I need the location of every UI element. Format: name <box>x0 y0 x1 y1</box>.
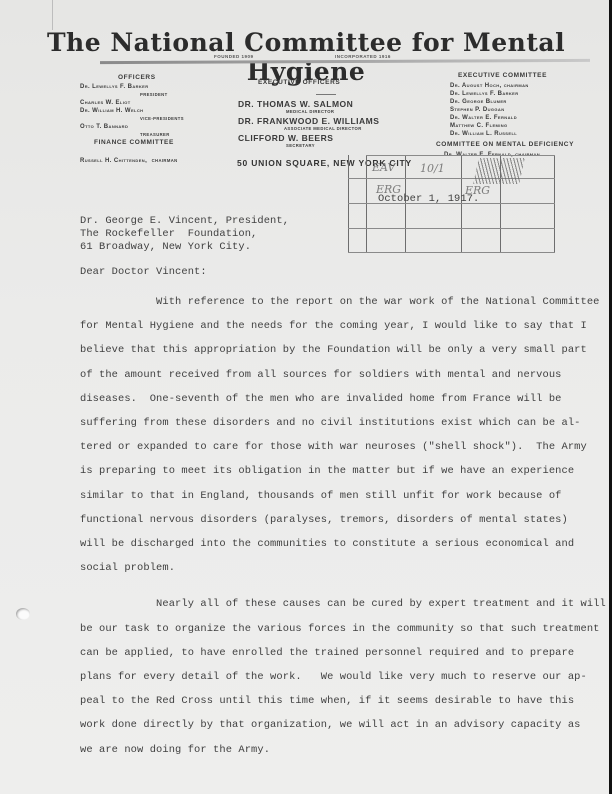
officer-name: Charles W. Eliot <box>80 100 131 106</box>
executive-officers-heading: EXECUTIVE OFFICERS <box>258 79 340 86</box>
executive-committee-heading: EXECUTIVE COMMITTEE <box>458 72 547 79</box>
hole-punch <box>16 608 30 620</box>
officer-name: Dr. William H. Welch <box>80 108 143 114</box>
committee-member: Dr. Walter E. Fernald <box>450 115 517 121</box>
officer-role: President <box>140 92 168 97</box>
letter-page: The National Committee for Mental Hygien… <box>0 0 609 794</box>
exec-officer-name: DR. THOMAS W. SALMON <box>238 99 353 109</box>
body-line: will be discharged into the communities … <box>80 538 574 550</box>
salutation: Dear Doctor Vincent: <box>80 266 207 278</box>
officers-heading: OFFICERS <box>118 74 156 81</box>
body-line: is preparing to meet its obligation in t… <box>80 465 574 477</box>
committee-member: Dr. August Hoch, chairman <box>450 83 529 89</box>
recipient-line: The Rockefeller Foundation, <box>80 228 257 240</box>
committee-member: Dr. Lewellys F. Barker <box>450 91 519 97</box>
finance-committee-heading: FINANCE COMMITTEE <box>94 139 174 146</box>
incorporated-year: INCORPORATED 1916 <box>335 54 391 59</box>
founded-year: FOUNDED 1909 <box>214 54 254 59</box>
committee-member: Dr. George Blumer <box>450 99 507 105</box>
exec-officer-role: Associate Medical Director <box>284 126 362 131</box>
paper-crease <box>52 0 53 30</box>
exec-officer-role: Medical Director <box>286 109 334 114</box>
body-line: Nearly all of these causes can be cured … <box>80 598 606 610</box>
recipient-line: 61 Broadway, New York City. <box>80 241 251 253</box>
body-line: for Mental Hygiene and the needs for the… <box>80 320 587 332</box>
committee-member: Matthew C. Fleming <box>450 123 508 129</box>
body-line: of the amount received from all sources … <box>80 369 562 381</box>
recipient-line: Dr. George E. Vincent, President, <box>80 215 289 227</box>
officer-role: Vice-Presidents <box>140 116 184 121</box>
handwritten-initials: EAV <box>372 161 395 174</box>
officer-name: Otto T. Bannard <box>80 124 128 130</box>
heading-divider <box>316 94 336 95</box>
officer-role: Treasurer <box>140 132 170 137</box>
exec-officer-name: CLIFFORD W. BEERS <box>238 133 333 143</box>
handwritten-date: 10/1 <box>420 162 445 175</box>
finance-chair-name: Russell H. Chittenden, <box>80 158 147 164</box>
body-line: work done directly by that organization,… <box>80 719 581 731</box>
body-line: we are now doing for the Army. <box>80 744 270 756</box>
body-line: suffering from these disorders and no ci… <box>80 417 581 429</box>
body-line: social problem. <box>80 562 175 574</box>
mental-deficiency-heading: COMMITTEE ON MENTAL DEFICIENCY <box>436 141 574 148</box>
body-line: With reference to the report on the war … <box>80 296 600 308</box>
body-line: diseases. One-seventh of the men who are… <box>80 393 562 405</box>
officer-name: Dr. Lewellys F. Barker <box>80 84 149 90</box>
body-line: functional nervous disorders (paralyses,… <box>80 514 568 526</box>
committee-member: Dr. William L. Russell <box>450 131 517 137</box>
finance-chair: Russell H. Chittenden, chairman <box>80 149 178 167</box>
finance-chair-role: chairman <box>152 158 178 163</box>
body-line: believe that this appropriation by the F… <box>80 344 587 356</box>
committee-member: Stephen P. Duggan <box>450 107 504 113</box>
body-line: peal to the Red Cross until this time wh… <box>80 695 574 707</box>
letter-date: October 1, 1917. <box>378 193 479 205</box>
body-line: similar to that in England, thousands of… <box>80 490 562 502</box>
body-line: can be applied, to have enrolled the tra… <box>80 647 574 659</box>
exec-officer-role: Secretary <box>286 143 315 148</box>
body-line: tered or expanded to care for those with… <box>80 441 587 453</box>
handwritten-scribble <box>473 158 525 184</box>
body-line: plans for every detail of the work. We w… <box>80 671 587 683</box>
body-line: be our task to organize the various forc… <box>80 623 600 635</box>
exec-officer-name: DR. FRANKWOOD E. WILLIAMS <box>238 116 379 126</box>
